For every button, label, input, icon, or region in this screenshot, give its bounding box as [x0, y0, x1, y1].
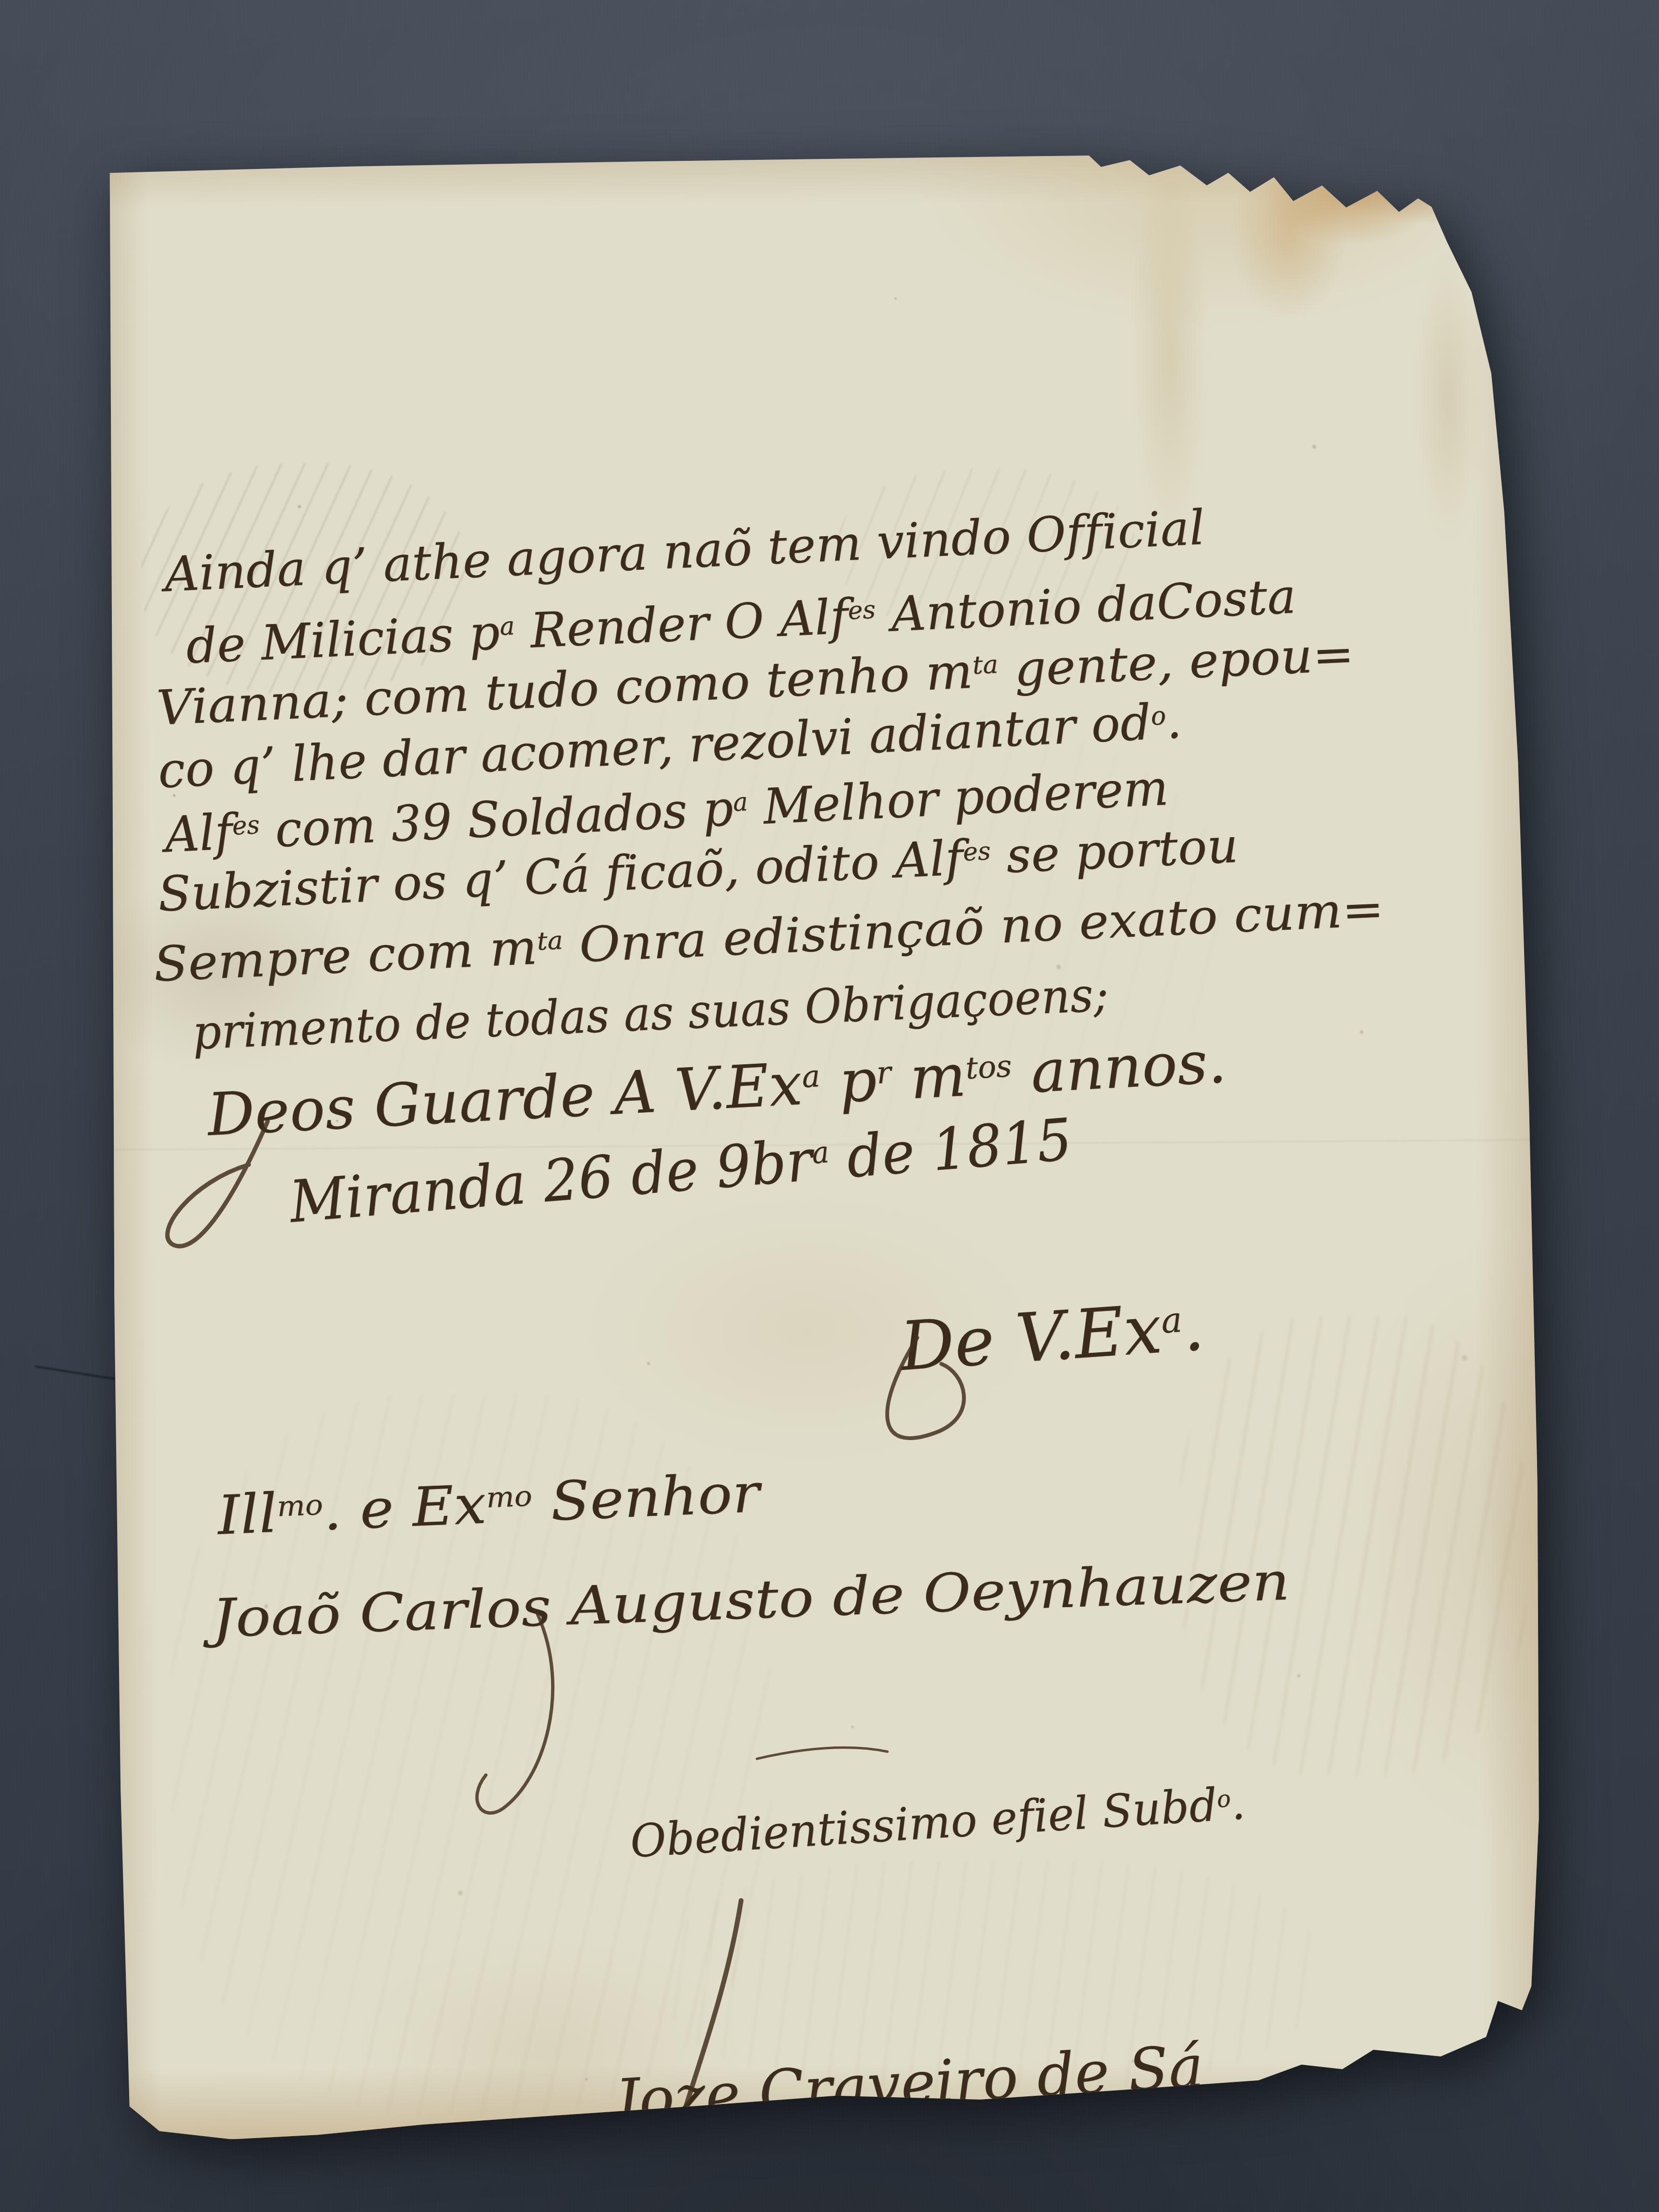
- addressee-name: Joaõ Carlos Augusto de Oeynhauzen: [211, 1554, 1291, 1645]
- addressee-honorific: Illmo. e Exmo Senhor: [216, 1466, 761, 1542]
- manuscript-page: Ainda q’ athe agora naõ tem vindo Offici…: [102, 148, 1544, 2140]
- paper-shadow-wrap: Ainda q’ athe agora naõ tem vindo Offici…: [0, 0, 1659, 2212]
- subscription: Obedientissimo efiel Subdo.: [629, 1781, 1247, 1864]
- signature: Joze Craveiro de Sá: [613, 2037, 1205, 2130]
- letter-text-block: Ainda q’ athe agora naõ tem vindo Offici…: [102, 148, 1544, 2140]
- closing: De V.Exa.: [898, 1293, 1206, 1381]
- scan-scene: Ainda q’ athe agora naõ tem vindo Offici…: [0, 0, 1659, 2212]
